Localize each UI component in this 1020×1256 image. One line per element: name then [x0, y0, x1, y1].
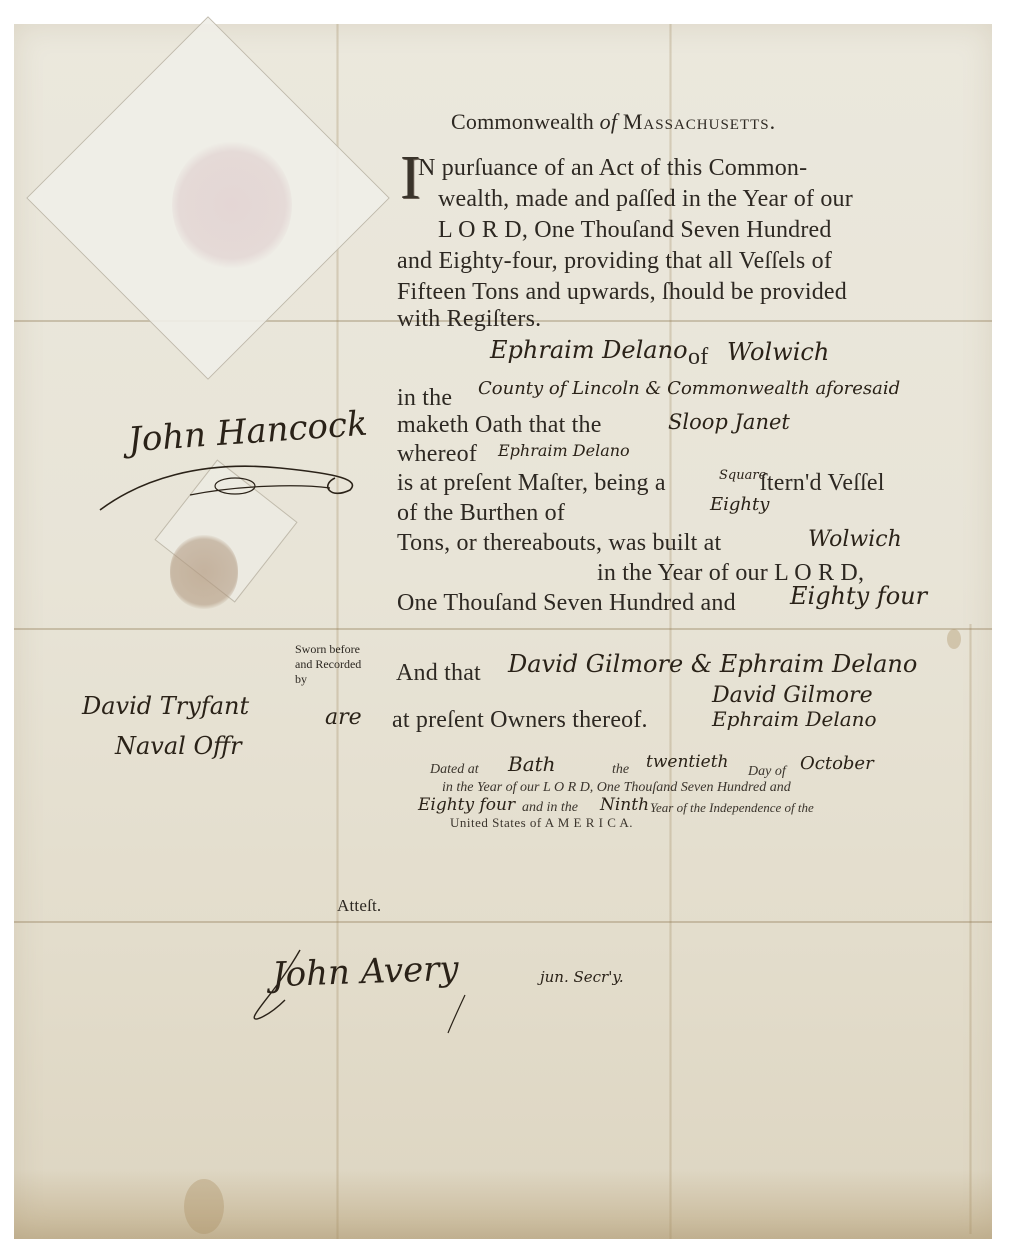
- signature-flourish-icon: [80, 440, 380, 520]
- independence-year: Ninth: [600, 795, 649, 815]
- dated-month: October: [800, 753, 874, 774]
- vessel-name: Sloop Janet: [668, 410, 790, 434]
- vessel-type-suffix: ſtern'd Veſſel: [760, 470, 885, 497]
- county: County of Lincoln & Commonwealth aforesa…: [478, 378, 900, 399]
- preamble-line: wealth, made and paſſed in the Year of o…: [438, 186, 853, 213]
- preamble-line: L O R D, One Thouſand Seven Hundred: [438, 217, 832, 244]
- preamble-line: and Eighty-four, providing that all Veſſ…: [397, 248, 832, 275]
- dated-day: twentieth: [646, 752, 729, 772]
- embossed-seal: [172, 140, 292, 270]
- preamble-line: Fifteen Tons and upwards, ſhould be prov…: [397, 279, 847, 306]
- whereof-label: whereof: [397, 441, 477, 468]
- year-prefix: One Thouſand Seven Hundred and: [397, 590, 736, 617]
- sworn-label: and Recorded: [295, 657, 361, 671]
- dated-line-3: Year of the Independence of the: [650, 800, 814, 816]
- title-text: Commonwealth: [451, 109, 594, 134]
- dated-line-4: United States of A M E R I C A.: [450, 815, 633, 831]
- dated-line-2: in the Year of our L O R D, One Thouſand…: [442, 780, 791, 796]
- preamble-line: N purſuance of an Act of this Common-: [418, 155, 807, 182]
- preamble-line: with Regiſters.: [397, 306, 541, 333]
- and-that-label: And that: [396, 660, 481, 687]
- day-of-label: Day of: [748, 764, 786, 780]
- secretary-title: jun. Secr'y.: [540, 968, 624, 986]
- document-title: Commonwealth of Massachusetts.: [451, 109, 776, 135]
- signature-flourish-icon: [240, 945, 500, 1035]
- built-label: Tons, or thereabouts, was built at: [397, 530, 721, 557]
- present-owners-label: at preſent Owners thereof.: [392, 707, 648, 734]
- wax-seal: [170, 535, 238, 609]
- owners-names: David Gilmore & Ephraim Delano: [508, 650, 917, 678]
- sworn-label: by: [295, 672, 307, 686]
- owner-signature: David Gilmore: [712, 683, 873, 708]
- dated-place: Bath: [508, 752, 556, 776]
- year-value: Eighty four: [790, 582, 927, 610]
- stain-spot: [184, 1179, 224, 1234]
- signature-naval-officer: David Tryfant: [82, 692, 249, 720]
- county-prefix: in the: [397, 385, 452, 412]
- are-label: are: [325, 705, 362, 730]
- fold-line: [14, 921, 992, 923]
- of-label: of: [688, 344, 708, 371]
- and-in-the-label: and in the: [522, 800, 578, 816]
- built-at: Wolwich: [808, 527, 902, 552]
- dated-year: Eighty four: [418, 795, 515, 815]
- attest-label: Atteſt.: [337, 896, 381, 916]
- sworn-label: Sworn before: [295, 642, 360, 656]
- fold-line: [14, 628, 992, 630]
- owner-signature: Ephraim Delano: [712, 707, 877, 731]
- naval-officer-title: Naval Offr: [115, 732, 242, 760]
- the-label: the: [612, 762, 629, 778]
- title-of: of: [600, 109, 618, 134]
- master-line: is at preſent Maſter, being a: [397, 470, 666, 497]
- water-stain: [14, 1169, 992, 1239]
- master-name: Ephraim Delano: [498, 441, 630, 460]
- maketh-oath-label: maketh Oath that the: [397, 412, 602, 439]
- stain-spot: [947, 629, 961, 649]
- fold-line: [969, 624, 972, 1234]
- deponent-name: Ephraim Delano: [490, 336, 688, 364]
- burthen-value: Eighty: [710, 494, 769, 515]
- burthen-label: of the Burthen of: [397, 500, 565, 527]
- residence: Wolwich: [727, 338, 829, 366]
- dated-at-label: Dated at: [430, 762, 479, 778]
- title-state: Massachusetts.: [623, 109, 776, 134]
